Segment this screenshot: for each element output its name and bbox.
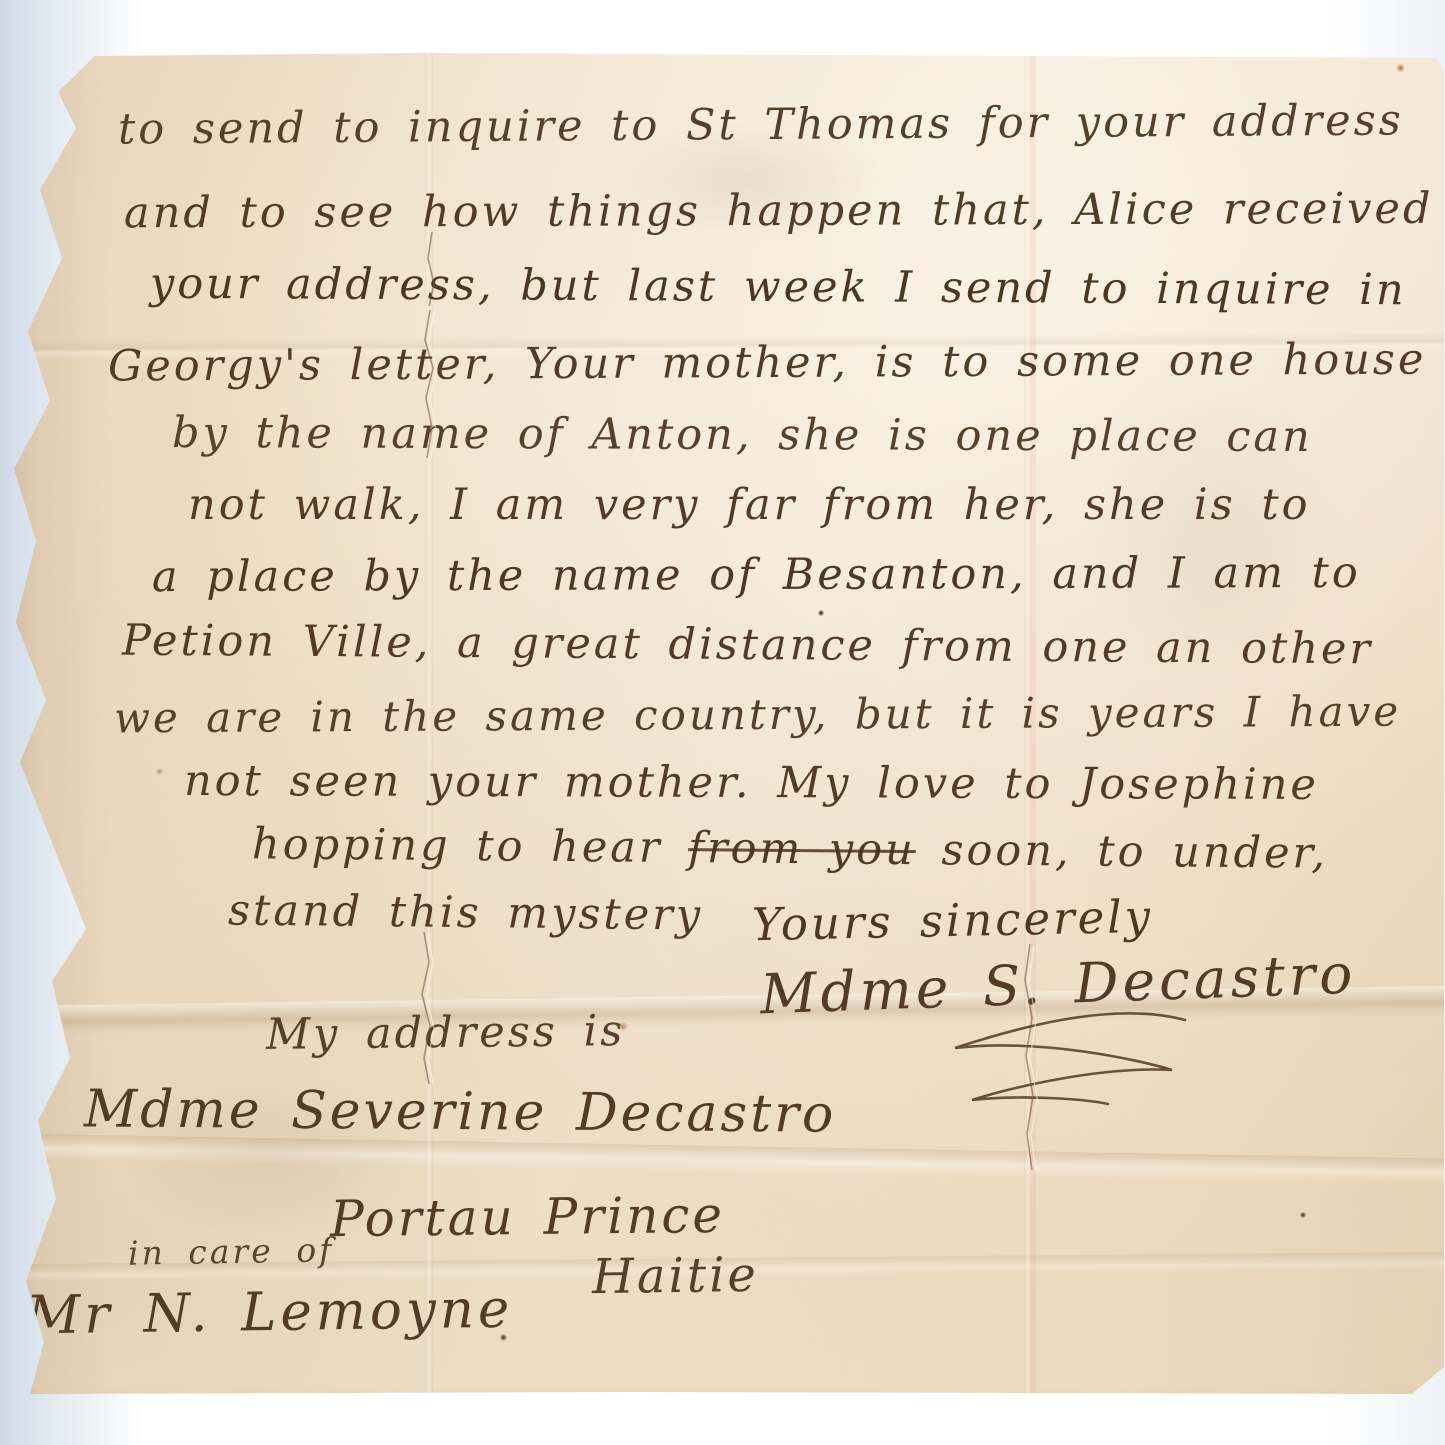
letter-line-with-strikethrough: hopping to hear from you soon, to under,: [252, 819, 1328, 878]
letter-line: not walk, I am very far from her, she is…: [188, 480, 1311, 530]
letter-line: we are in the same country, but it is ye…: [114, 687, 1401, 743]
letter-line: your address, but last week I send to in…: [150, 259, 1407, 316]
letter-line: Georgy's letter, Your mother, is to some…: [108, 335, 1427, 392]
address-country: Haitie: [592, 1247, 760, 1305]
address-name: Mdme Severine Decastro: [84, 1079, 837, 1144]
care-of-name: Mr N. Lemoyne: [26, 1279, 514, 1347]
care-of-label: in care of: [128, 1230, 335, 1273]
letter-photo: { "letter": { "ink_color": "#523c28", "p…: [0, 0, 1445, 1445]
letter-line: not seen your mother. My love to Josephi…: [184, 756, 1319, 810]
address-intro: My address is: [266, 1006, 626, 1060]
letter-closing: Yours sincerely: [751, 890, 1153, 951]
letter-paper: to send to inquire to St Thomas for your…: [0, 0, 1445, 1445]
struck-through-words: from you: [688, 823, 916, 875]
letter-line: stand this mystery: [228, 886, 704, 941]
letter-line: Petion Ville, a great distance from one …: [122, 616, 1373, 675]
letter-line-segment: hopping to hear: [252, 819, 689, 873]
letter-line: a place by the name of Besanton, and I a…: [152, 548, 1361, 602]
letter-line: and to see how things happen that, Alice…: [124, 184, 1434, 239]
address-city: Portau Prince: [330, 1186, 726, 1248]
letter-line: to send to inquire to St Thomas for your…: [118, 96, 1404, 155]
letter-line: by the name of Anton, she is one place c…: [172, 408, 1313, 462]
letter-line-segment: soon, to under,: [916, 825, 1329, 879]
